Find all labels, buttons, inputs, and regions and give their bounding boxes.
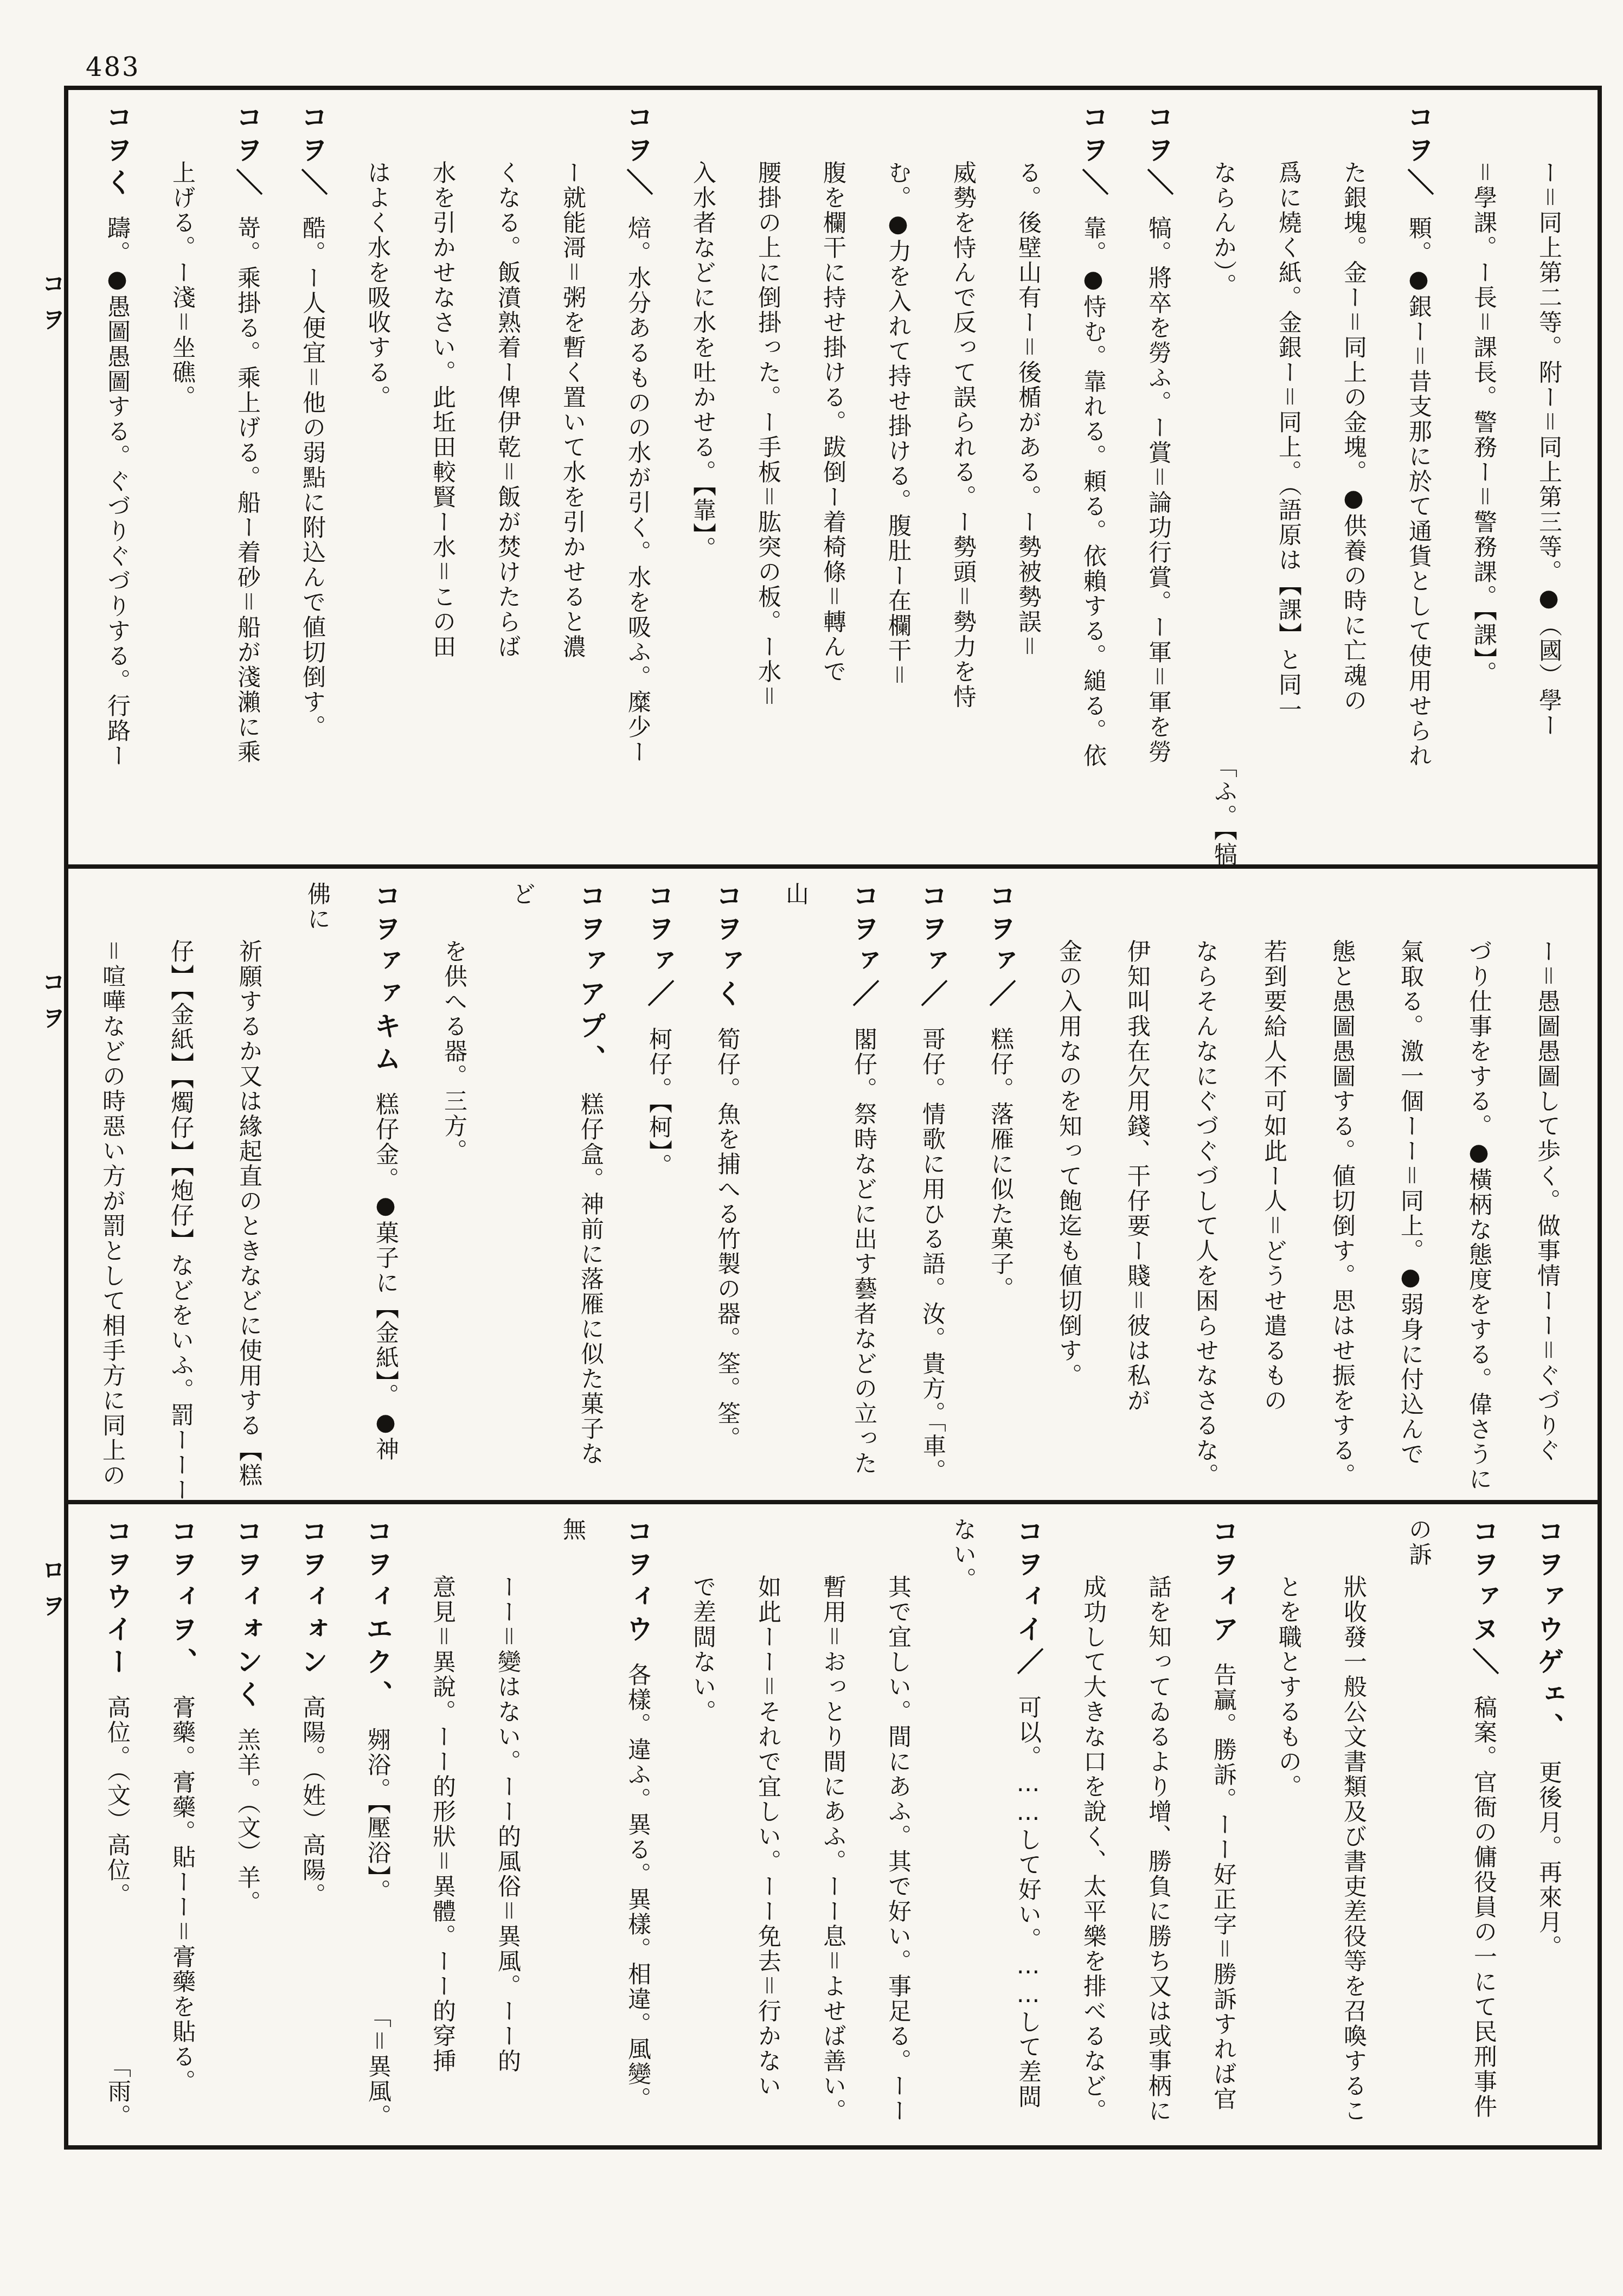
headword-kana: コヲ＼: [297, 103, 328, 201]
entry-column: ー就能滒＝粥を暫く置いて水を引かせると濃: [540, 103, 605, 864]
entry-column: 成功して大きな口を說く、太平樂を排べるなど。: [1061, 1517, 1126, 2145]
headword-kana: コヲ＼: [232, 103, 263, 201]
definition-text: 顆。●銀ー＝昔支那に於て通貨として使用せられ: [1405, 216, 1432, 768]
headword-kana: コヲァヌ＼: [1468, 1517, 1499, 1680]
entry-column: ならんか）。「ふ。【犒】。: [1191, 103, 1256, 864]
definition-text: ならそんなにぐづぐづして人を困らせなさるな。: [1192, 939, 1219, 1488]
entry-column: コヲァヌ＼稿案。官衙の傭役員の一にて民刑事件の訴: [1386, 1517, 1516, 2132]
definition-text: ーー＝變はない。ーー的風俗＝異風。ーー的: [494, 1575, 521, 2074]
headword-kana: コヲァく: [711, 882, 743, 1012]
headword-kana: コヲ＼: [1143, 103, 1174, 201]
definition-text: 高位。（文）高位。: [104, 1695, 131, 1908]
entry-column: コヲ＼靠。●恃む。靠れる。頼る。依賴する。縋る。依: [1061, 103, 1126, 851]
definition-text: ー就能滒＝粥を暫く置いて水を引かせると濃: [559, 161, 586, 659]
entry-column: 話を知ってゐるより增、勝負に勝ち又は或事柄に: [1126, 1517, 1191, 2145]
entry-column: む。●力を入れて持せ掛ける。腹肚ー在欄干＝: [865, 103, 931, 864]
definition-text: む。●力を入れて持せ掛ける。腹肚ー在欄干＝: [884, 161, 912, 688]
entry-column: 爲に燒く紙。金銀ー＝同上。（語原は【課】と同一: [1256, 103, 1321, 864]
definition-text: 高陽。（姓）高陽。: [299, 1695, 326, 1908]
margin-guide-band3: ロヲ: [34, 1557, 68, 1629]
definition-text: 羔羊。（文）羊。: [234, 1728, 261, 1916]
definition-text: はよく水を吸收する。: [364, 161, 391, 410]
dict-band-top: ー＝同上第二等。附ー＝同上第三等。●（國）學ー＝學課。ー長＝課長。警務ー＝警務課…: [68, 90, 1598, 864]
entry-column: はよく水を吸收する。: [345, 103, 410, 864]
definition-text: 靠。●恃む。靠れる。頼る。依賴する。縋る。依: [1080, 216, 1107, 768]
entry-column: コヲィウ各樣。違ふ。異る。異樣。相違。風變。無: [540, 1517, 670, 2132]
entry-column: 金の入用なのを知って飽迄も値切倒す。: [1035, 882, 1103, 1500]
entry-column: コヲィヲ、膏藥。膏藥。貼ーー＝膏藥を貼る。: [150, 1517, 215, 2132]
headword-kana: コヲ＼: [1077, 103, 1109, 201]
entry-column: コヲィア告贏。勝訴。ーー好正字＝勝訴すれば官: [1191, 1517, 1256, 2132]
overflow-fragment: 「雨。: [85, 2054, 150, 2129]
entry-column: を供へる器。三方。: [420, 882, 488, 1500]
definition-text: 筍仔。魚を捕へる竹製の器。筌。筌。: [714, 1027, 741, 1451]
entry-column: 祈願するか又は緣起直のときなどに使用する【糕: [215, 882, 283, 1500]
definition-text: 暫用＝おっとり間にあふ。ーー息＝よせば善い。: [819, 1575, 846, 2124]
entry-column: 如此ーー＝それで宜しい。ーー免去＝行かない: [735, 1517, 800, 2145]
definition-text: づり仕事をする。●橫柄な態度をする。偉さうに: [1465, 939, 1492, 1492]
definition-text: 腰掛の上に倒掛った。ー手板＝肱突の板。ー水＝: [754, 161, 781, 709]
definition-text: 話を知ってゐるより增、勝負に勝ち又は或事柄に: [1145, 1575, 1172, 2124]
headword-kana: コヲィウ: [622, 1517, 653, 1647]
definition-text: 意見＝異說。ーー的形狀＝異體。ーー的穿挿: [429, 1575, 456, 2074]
dict-band-bottom: コヲァウゲェ、更後月。再來月。コヲァヌ＼稿案。官衙の傭役員の一にて民刑事件の訴狀…: [68, 1500, 1598, 2145]
entry-column: コヲ＼焙。水分あるものの水が引く。水を吸ふ。糜少ー: [605, 103, 670, 851]
dictionary-frame: ー＝同上第二等。附ー＝同上第三等。●（國）學ー＝學課。ー長＝課長。警務ー＝警務課…: [64, 86, 1602, 2150]
entry-column: 上げる。ー淺＝坐礁。: [150, 103, 215, 864]
headword-kana: コヲィエク、: [362, 1517, 393, 1713]
definition-text: 酷。ー人便宜＝他の弱點に附込んで値切倒す。: [299, 216, 326, 740]
definition-text: 躊。●愚圖愚圖する。ぐづりぐづりする。行路ー: [104, 216, 131, 768]
definition-text: 金の入用なのを知って飽迄も値切倒す。: [1055, 939, 1082, 1388]
entry-column: ＝喧嘩などの時惡い方が罰として相手方に同上の: [78, 882, 146, 1500]
entry-column: コヲ＼顆。●銀ー＝昔支那に於て通貨として使用せられ: [1386, 103, 1451, 851]
entry-column: 態と愚圖愚圖する。値切倒す。思はせ振をする。: [1308, 882, 1376, 1500]
definition-text: 犒。將卒を勞ふ。ー賞＝論功行賞。ー軍＝軍を勞: [1145, 216, 1172, 765]
entry-column: コヲァ／糕仔。落雁に似た菓子。: [966, 882, 1035, 1487]
headword-kana: コヲ＼: [622, 103, 653, 201]
entry-column: 其で宜しい。間にあふ。其で好い。事足る。ーー: [865, 1517, 931, 2145]
headword-kana: コヲァ／: [643, 882, 675, 1012]
definition-text: くなる。飯濆熟着ー俾伊乾＝飯が焚けたらば: [494, 161, 521, 659]
definition-text: ー＝同上第二等。附ー＝同上第三等。●（國）學ー: [1535, 161, 1562, 738]
entry-column: コヲウウ／膏雨。（文）よく作物を潤しそだつる雨。膏: [68, 1517, 85, 2132]
entry-column: コヲく躊。●愚圖愚圖する。ぐづりぐづりする。行路ー: [85, 103, 150, 851]
entry-column: コヲウイー高位。（文）高位。「雨。: [85, 1517, 150, 2132]
entry-column: 意見＝異說。ーー的形狀＝異體。ーー的穿挿: [410, 1517, 475, 2145]
headword-kana: コヲァウゲェ、: [1533, 1517, 1564, 1745]
definition-text: 翙浴。【壓浴】。: [364, 1728, 391, 1904]
definition-text: 狀收發一般公文書類及び書吏差役等を召喚するこ: [1340, 1575, 1367, 2124]
definition-text: 焙。水分あるものの水が引く。水を吸ふ。糜少ー: [624, 216, 651, 765]
definition-text: 成功して大きな口を說く、太平樂を排べるなど。: [1080, 1575, 1107, 2124]
definition-text: 如此ーー＝それで宜しい。ーー免去＝行かない: [754, 1575, 781, 2099]
margin-guide-band2: コヲ: [34, 970, 68, 1041]
entry-column: 暫用＝おっとり間にあふ。ーー息＝よせば善い。: [800, 1517, 865, 2145]
headword-kana: コヲィォン: [297, 1517, 328, 1680]
entry-column: コヲィイ／可以。……して好い。……して差閊ない。: [931, 1517, 1061, 2132]
entry-column: ーー＝變はない。ーー的風俗＝異風。ーー的: [475, 1517, 540, 2145]
entry-column: 氣取る。激一個ーー＝同上。●弱身に付込んで: [1376, 882, 1445, 1500]
headword-kana: コヲく: [101, 103, 133, 201]
headword-kana: コヲァ／: [848, 882, 880, 1012]
entry-column: づり仕事をする。●橫柄な態度をする。偉さうに: [1445, 882, 1513, 1500]
entry-column: 仔】【金紙】【燭仔】【炮仔】などをいふ。罰ーーー: [146, 882, 215, 1500]
entry-column: コヲィォン高陽。（姓）高陽。: [280, 1517, 345, 2132]
entry-column: で差閊ない。: [670, 1517, 735, 2145]
entry-column: コヲ＼嵜。乘掛る。乘上げる。船ー着砂＝船が淺瀨に乘: [215, 103, 280, 851]
entry-column: ＝學課。ー長＝課長。警務ー＝警務課。【課】。: [1451, 103, 1516, 864]
definition-text: 若到要給人不可如此ー人＝どうせ遣るもの: [1260, 939, 1287, 1413]
entry-column: コヲィエク、翙浴。【壓浴】。「＝異風。: [345, 1517, 410, 2132]
entry-column: コヲィォンく羔羊。（文）羊。: [215, 1517, 280, 2132]
definition-text: 伊知叫我在欠用錢、干仔要ー賤＝彼は私が: [1124, 939, 1151, 1413]
definition-text: 上げる。ー淺＝坐礁。: [169, 161, 196, 410]
entry-column: 伊知叫我在欠用錢、干仔要ー賤＝彼は私が: [1103, 882, 1171, 1500]
entry-column: とを職とするもの。: [1256, 1517, 1321, 2145]
entry-column: くなる。飯濆熟着ー俾伊乾＝飯が焚けたらば: [475, 103, 540, 864]
entry-column: コヲァアプ、糕仔盒。神前に落雁に似た菓子など: [488, 882, 625, 1487]
entry-column: ならそんなにぐづぐづして人を困らせなさるな。: [1171, 882, 1240, 1500]
headword-kana: コヲァ／: [985, 882, 1016, 1012]
headword-kana: コヲィア: [1208, 1517, 1239, 1647]
headword-kana: コヲァァキム: [370, 882, 401, 1077]
overflow-fragment: 「＝異風。: [345, 2004, 410, 2129]
dict-band-middle: ー＝愚圖愚圖して歩く。做事情ーー＝ぐづりぐづり仕事をする。●橫柄な態度をする。偉…: [68, 864, 1598, 1500]
overflow-fragment: 「車。: [898, 1409, 966, 1484]
headword-kana: コヲ＼: [1403, 103, 1434, 201]
headword-kana: コヲィォンく: [232, 1517, 263, 1713]
definition-text: 入水者などに水を吐かせる。【靠】。: [689, 161, 716, 561]
entry-column: る。後壁山有ー＝後楯がある。ー勢被勢誤＝: [996, 103, 1061, 864]
margin-guide-band1: コヲ: [34, 271, 68, 343]
entry-column: コヲァ／柯仔。【柯】。: [625, 882, 693, 1487]
headword-kana: コヲィヲ、: [166, 1517, 198, 1680]
entry-column: た銀塊。金ー＝同上の金塊。●供養の時に亡魂の: [1321, 103, 1386, 864]
headword-kana: コヲウイー: [101, 1517, 133, 1680]
definition-text: 哥仔。情歌に用ひる語。汝。貴方。: [919, 1027, 946, 1426]
entry-column: 威勢を恃んで反って誤られる。ー勢頭＝勢力を恃: [931, 103, 996, 864]
definition-text: 仔】【金紙】【燭仔】【炮仔】などをいふ。罰ーーー: [167, 939, 194, 1500]
definition-text: 腹を欄干に持せ掛ける。跋倒ー着椅條＝轉んで: [819, 161, 846, 684]
definition-text: ＝喧嘩などの時惡い方が罰として相手方に同上の: [99, 939, 126, 1488]
definition-text: 水を引かせなさい。此坵田較賢ー水＝この田: [429, 161, 456, 659]
entry-column: コヲ＼犒。將卒を勞ふ。ー賞＝論功行賞。ー軍＝軍を勞: [1126, 103, 1191, 851]
entry-column: コヲァく筍仔。魚を捕へる竹製の器。筌。筌。: [693, 882, 761, 1487]
definition-text: ＝學課。ー長＝課長。警務ー＝警務課。【課】。: [1470, 161, 1497, 686]
overflow-fragment: 「ふ。【犒】。: [1191, 754, 1256, 864]
definition-text: 更後月。再來月。: [1535, 1760, 1562, 1960]
definition-text: を供へる器。三方。: [440, 939, 467, 1164]
entry-column: コヲ＼酷。ー人便宜＝他の弱點に附込んで値切倒す。: [280, 103, 345, 851]
definition-text: で差閊ない。: [689, 1575, 716, 1724]
entry-column: 若到要給人不可如此ー人＝どうせ遣るもの: [1240, 882, 1308, 1500]
definition-text: ならんか）。: [1210, 161, 1237, 299]
entry-column: ー＝愚圖愚圖して歩く。做事情ーー＝ぐづりぐ: [1513, 882, 1581, 1500]
entry-column: 水を引かせなさい。此坵田較賢ー水＝この田: [410, 103, 475, 864]
entry-column: 腹を欄干に持せ掛ける。跋倒ー着椅條＝轉んで: [800, 103, 865, 864]
entry-column: 品品を贈ること。: [68, 882, 78, 1500]
headword-kana: コヲァ／: [916, 882, 948, 1012]
page-number: 483: [86, 52, 140, 82]
entry-column: コヲァァキム糕仔金。●菓子に【金紙】。●神佛に: [283, 882, 420, 1487]
definition-text: 糕仔。落雁に似た菓子。: [987, 1027, 1014, 1301]
headword-kana: コヲァアプ、: [575, 882, 606, 1077]
definition-text: 威勢を恃んで反って誤られる。ー勢頭＝勢力を恃: [950, 161, 977, 709]
headword-kana: コヲィイ／: [1012, 1517, 1044, 1680]
entry-column: コヲァ／哥仔。情歌に用ひる語。汝。貴方。「車。: [898, 882, 966, 1487]
entry-column: コヲァ／閣仔。祭時などに出す藝者などの立った山: [761, 882, 898, 1487]
definition-text: 告贏。勝訴。ーー好正字＝勝訴すれば官: [1210, 1663, 1237, 2112]
definition-text: 柯仔。【柯】。: [645, 1027, 672, 1178]
definition-text: る。後壁山有ー＝後楯がある。ー勢被勢誤＝: [1015, 161, 1042, 659]
entry-column: 入水者などに水を吐かせる。【靠】。: [670, 103, 735, 864]
definition-text: ー＝愚圖愚圖して歩く。做事情ーー＝ぐづりぐ: [1534, 939, 1561, 1463]
definition-text: 氣取る。激一個ーー＝同上。●弱身に付込んで: [1397, 939, 1424, 1467]
definition-text: た銀塊。金ー＝同上の金塊。●供養の時に亡魂の: [1340, 161, 1367, 713]
definition-text: とを職とするもの。: [1275, 1575, 1302, 1799]
definition-text: 膏藥。膏藥。貼ーー＝膏藥を貼る。: [169, 1695, 196, 2094]
definition-text: 祈願するか又は緣起直のときなどに使用する【糕: [235, 939, 262, 1488]
entry-column: 腰掛の上に倒掛った。ー手板＝肱突の板。ー水＝: [735, 103, 800, 864]
entry-column: ー＝同上第二等。附ー＝同上第三等。●（國）學ー: [1516, 103, 1581, 864]
definition-text: 爲に燒く紙。金銀ー＝同上。（語原は【課】と同一: [1275, 161, 1302, 723]
entry-column: 狀收發一般公文書類及び書吏差役等を召喚するこ: [1321, 1517, 1386, 2145]
definition-text: 態と愚圖愚圖する。値切倒す。思はせ振をする。: [1329, 939, 1356, 1488]
definition-text: 其で宜しい。間にあふ。其で好い。事足る。ーー: [884, 1575, 912, 2124]
definition-text: 嵜。乘掛る。乘上げる。船ー着砂＝船が淺瀨に乘: [234, 216, 261, 765]
entry-column: コヲァウゲェ、更後月。再來月。: [1516, 1517, 1581, 2132]
